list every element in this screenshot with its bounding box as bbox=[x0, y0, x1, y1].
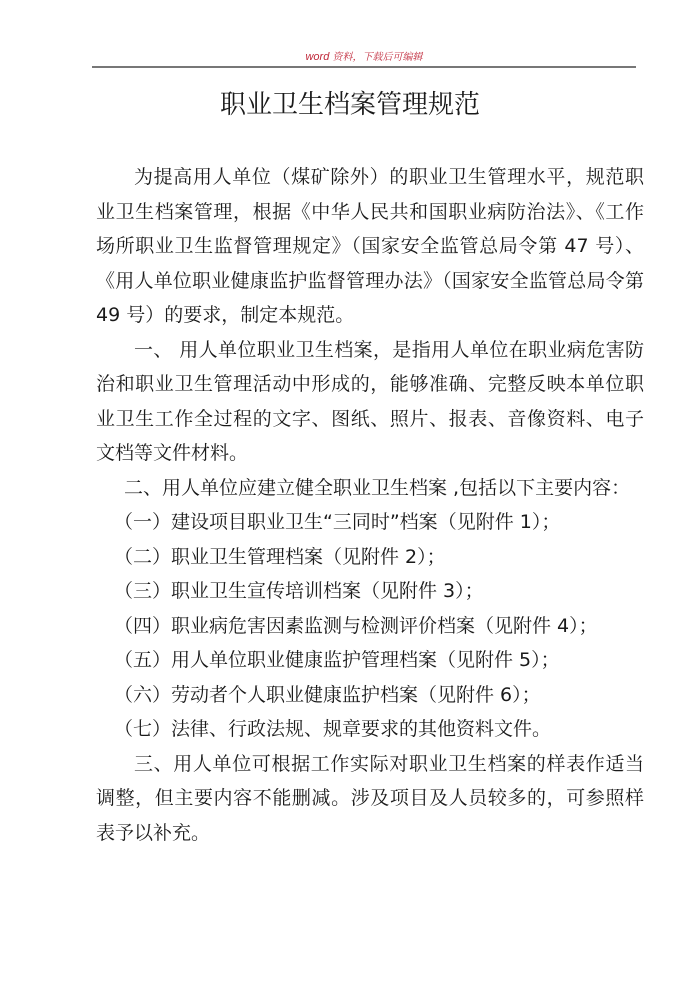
list-item: （四）职业病危害因素监测与检测评价档案（见附件 4）； bbox=[96, 609, 644, 644]
list-item: （六）劳动者个人职业健康监护档案（见附件 6）； bbox=[96, 678, 644, 713]
list-item: （七）法律、行政法规、规章要求的其他资料文件。 bbox=[96, 712, 644, 747]
page-header-watermark: word 资料，下载后可编辑 bbox=[92, 50, 636, 65]
section-3-paragraph: 三、用人单位可根据工作实际对职业卫生档案的样表作适当调整，但主要内容不能删减。涉… bbox=[96, 747, 644, 851]
list-item: （二）职业卫生管理档案（见附件 2）； bbox=[96, 540, 644, 575]
section-1-paragraph: 一、 用人单位职业卫生档案，是指用人单位在职业病危害防治和职业卫生管理活动中形成… bbox=[96, 333, 644, 471]
section-2-heading: 二、用人单位应建立健全职业卫生档案 ,包括以下主要内容： bbox=[96, 471, 644, 506]
watermark-en: word bbox=[305, 51, 329, 63]
document-title: 职业卫生档案管理规范 bbox=[0, 88, 700, 122]
list-item: （三）职业卫生宣传培训档案（见附件 3）； bbox=[96, 574, 644, 609]
section-2-list: （一）建设项目职业卫生“三同时”档案（见附件 1）； （二）职业卫生管理档案（见… bbox=[96, 505, 644, 747]
intro-paragraph: 为提高用人单位（煤矿除外）的职业卫生管理水平，规范职业卫生档案管理，根据《中华人… bbox=[96, 160, 644, 333]
list-item: （一）建设项目职业卫生“三同时”档案（见附件 1）； bbox=[96, 505, 644, 540]
list-item: （五）用人单位职业健康监护管理档案（见附件 5）； bbox=[96, 643, 644, 678]
header-divider bbox=[92, 66, 636, 68]
watermark-cn: 资料，下载后可编辑 bbox=[329, 52, 422, 63]
document-body: 为提高用人单位（煤矿除外）的职业卫生管理水平，规范职业卫生档案管理，根据《中华人… bbox=[96, 160, 644, 850]
